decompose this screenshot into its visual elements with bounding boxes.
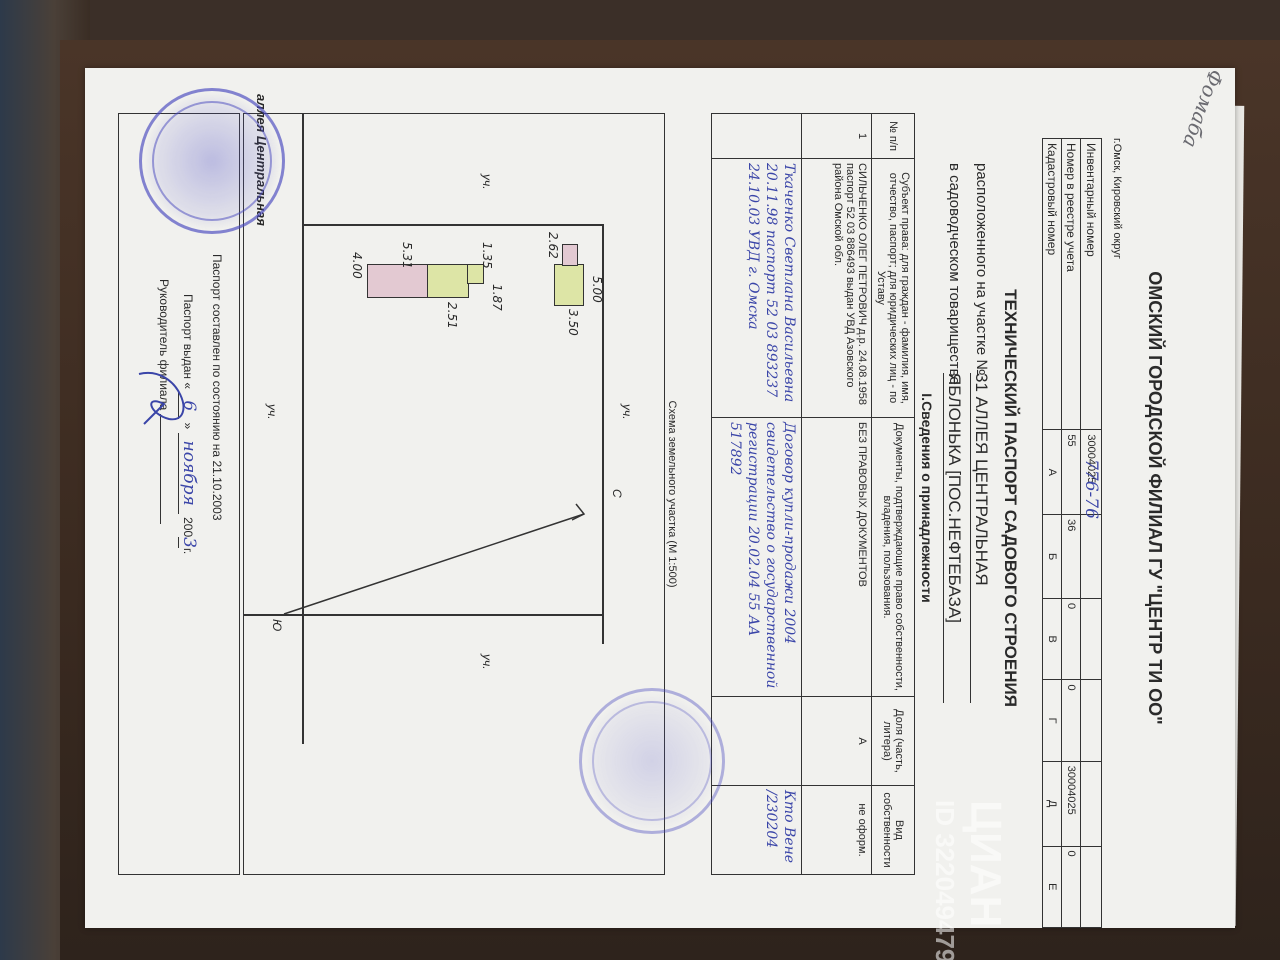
table-header-row: № п/п Субъект права: для граждан - фамил… <box>872 114 915 875</box>
ownership-section-title: I.Сведения о принадлежности <box>919 68 935 928</box>
compiled-date: 21.10.2003 <box>210 460 224 520</box>
ownership-table: № п/п Субъект права: для граждан - фамил… <box>711 113 915 875</box>
table-row: Кадастровый номер А Б В Г Д Е <box>1043 139 1062 928</box>
neighbor-label: уч. <box>620 404 634 420</box>
official-stamp-icon <box>139 88 285 234</box>
technical-passport-page: Фомаба ОМСКИЙ ГОРОДСКОЙ ФИЛИАЛ ГУ "ЦЕНТР… <box>85 68 1235 928</box>
plot-value: 31 АЛЛЕЯ ЦЕНТРАЛЬНАЯ <box>970 373 991 703</box>
neighbor-label: уч. <box>480 174 494 190</box>
table-row: 1 СИЛЬЧЕНКО ОЛЕГ ПЕТРОВИЧ д.р. 24.08.195… <box>802 114 872 875</box>
signature-icon <box>129 364 199 444</box>
table-row: Инвентарный номер 30004025 776-76 <box>1081 139 1102 928</box>
south-label: Ю <box>270 619 284 631</box>
watermark-id: ID 322049479 <box>929 800 960 960</box>
document-title: ТЕХНИЧЕСКИЙ ПАСПОРТ САДОВОГО СТРОЕНИЯ <box>1000 68 1020 928</box>
handwritten-inventory: 776-76 <box>1081 459 1101 519</box>
issued-month: ноября <box>178 433 199 514</box>
building-a <box>367 264 429 298</box>
handwritten-note: Фомаба <box>1178 66 1228 151</box>
table-row-handwritten: Ткаченко Светлана Васильевна 20.11.98 па… <box>712 114 802 875</box>
partnership-value: ЯБЛОНЬКА [ПОС.НЕФТЕБАЗА] <box>943 373 964 703</box>
registry-table: Инвентарный номер 30004025 776-76 Номер … <box>1042 138 1102 928</box>
building-g1 <box>562 244 578 266</box>
official-stamp-icon <box>579 688 725 834</box>
neighbor-label: уч. <box>480 654 494 670</box>
building-g <box>554 264 584 306</box>
neighbor-label: уч. <box>265 404 279 420</box>
table-row: Номер в реестре учета 55 36 0 0 30004025… <box>1062 139 1081 928</box>
compass-arrow-icon <box>264 494 604 634</box>
organization-header: ОМСКИЙ ГОРОДСКОЙ ФИЛИАЛ ГУ "ЦЕНТР ТИ ОО" <box>1144 68 1165 928</box>
partnership-label: в садоводческом товариществе <box>946 163 963 385</box>
watermark-brand: ЦИАН <box>960 800 1010 927</box>
plot-label: расположенного на участке № <box>973 163 990 376</box>
building-b <box>427 264 469 298</box>
north-label: С <box>610 489 624 498</box>
location: г.Омск, Кировский округ <box>1111 138 1123 259</box>
